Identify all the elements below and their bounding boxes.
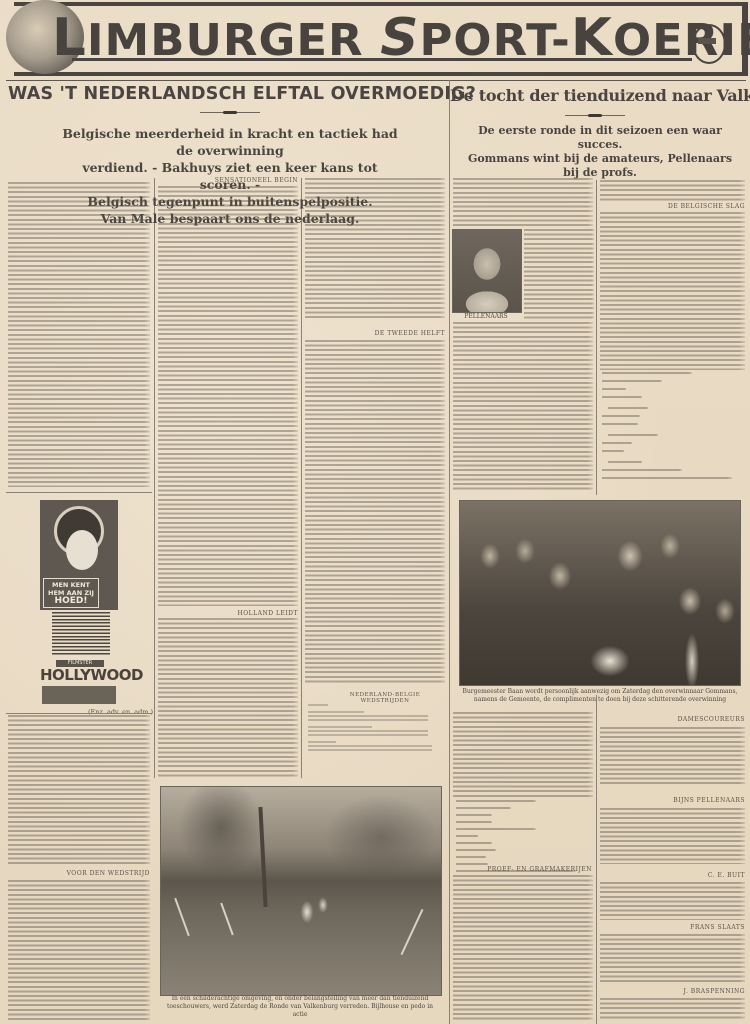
section-heading: SENSATIONEEL BEGIN (190, 177, 298, 184)
article-body-column (8, 880, 150, 1020)
main-headline: WAS 'T NEDERLANDSCH ELFTAL OVERMOEDIG? (8, 84, 448, 104)
section-heading: PROEF- EN GRAFMAKERIJEN (480, 866, 592, 873)
crowd-photo (459, 500, 741, 686)
section-heading: DE TWEEDE HELFT (360, 330, 445, 337)
article-body-column (305, 340, 445, 685)
ad-illustration: MEN KENT HEM AAN ZIJ HOED! (40, 500, 118, 610)
ad-credit: (Enz. adv. en. adm.) (88, 708, 153, 716)
tree-trunk (258, 807, 267, 907)
article-body-column (453, 712, 593, 798)
section-heading: BIJNS PELLENAARS (650, 797, 745, 804)
ad-body-text (52, 612, 110, 656)
article-body-column (453, 322, 593, 492)
pellenaars-portrait-photo (452, 229, 522, 313)
matches-table (308, 702, 448, 751)
fence-post (174, 898, 190, 936)
section-heading: HOLLAND LEIDT (200, 610, 298, 617)
article-body-column (600, 998, 745, 1020)
article-body-column (600, 180, 745, 202)
table-group (308, 709, 448, 721)
portrait-caption: PELLENAARS (452, 313, 520, 321)
hollywood-advertisement: MEN KENT HEM AAN ZIJ HOED! FILMSTER HOLL… (40, 500, 118, 705)
section-heading: J. BRASPENNING (660, 988, 745, 995)
crowd-photo-caption: Burgemeester Baan wordt persoonlijk aanw… (455, 688, 745, 704)
article-body-column (453, 178, 593, 226)
headline-ornament (565, 115, 625, 116)
article-body-column (600, 727, 745, 787)
cycling-emblem-icon (692, 24, 726, 64)
table-row (308, 702, 448, 706)
column-divider (596, 180, 597, 495)
table-group (308, 724, 448, 736)
section-heading: FRANS SLAATS (670, 924, 745, 931)
article-body-column (453, 875, 593, 1020)
section-heading: C. E. BUIT (690, 872, 745, 879)
subheadline-line: Gommans wint bij de amateurs, Pellenaars (455, 152, 745, 166)
masthead: LIMBURGER SPORT-KOERIER (6, 0, 744, 74)
section-heading: DAMESCOUREURS (650, 716, 745, 723)
column-rule (6, 713, 152, 714)
face-illustration (66, 530, 98, 570)
second-headline: De tocht der tienduizend naar Valkenburg (450, 86, 750, 105)
article-body-column (600, 882, 745, 920)
column-divider (154, 178, 155, 778)
ad-footer (42, 686, 116, 704)
article-body-column (8, 182, 150, 487)
ad-slogan: MEN KENT HEM AAN ZIJ HOED! (43, 578, 99, 608)
section-heading: VOOR DEN WEDSTRIJD (60, 870, 150, 877)
ad-slogan-line: MEN KENT (44, 581, 98, 589)
fence-post (220, 903, 234, 936)
column-divider (596, 695, 597, 1024)
subheadline-line: Belgische meerderheid in kracht en tacti… (60, 125, 400, 159)
amateur-results-list (456, 800, 594, 872)
article-body-column (158, 186, 298, 606)
article-body-column (8, 715, 150, 865)
subheadline-line: De eerste ronde in dit seizoen een waar … (455, 124, 745, 152)
fence-post (401, 909, 424, 955)
article-body-column (600, 934, 745, 984)
second-subheadline: De eerste ronde in dit seizoen een waar … (455, 124, 745, 180)
article-body-column (600, 212, 745, 370)
race-photo (160, 786, 442, 996)
section-heading: DE BELGISCHE SLAG (650, 203, 745, 210)
article-body-column (305, 178, 445, 320)
table-group (308, 739, 448, 751)
masthead-rule (6, 80, 746, 81)
article-body-column (524, 229, 594, 319)
ad-slogan-line: HOED! (44, 597, 98, 605)
race-photo-caption: In een schilderachtige omgeving, en onde… (160, 995, 440, 1019)
column-divider (301, 178, 302, 778)
article-body-column (158, 618, 298, 778)
headline-ornament (200, 112, 260, 113)
results-list (602, 372, 742, 494)
article-body-column (600, 808, 745, 864)
column-divider (449, 80, 450, 1024)
masthead-underline (72, 58, 692, 61)
ad-brand: HOLLYWOOD (40, 666, 118, 684)
column-rule (6, 492, 152, 493)
